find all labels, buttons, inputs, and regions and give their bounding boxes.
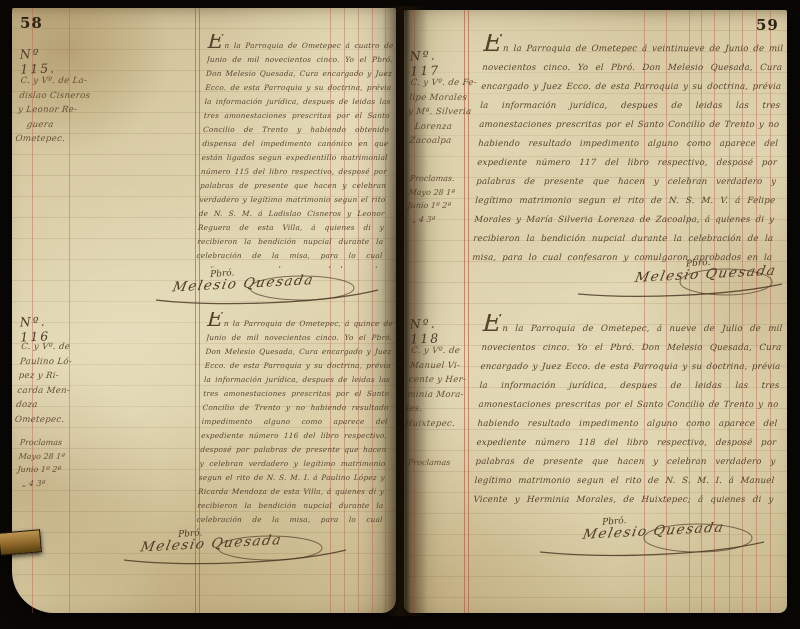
margin-line: carda Men-	[17, 384, 190, 399]
signature-name: Melesio Quesada	[634, 262, 789, 286]
proclamas-line: „ 4 3ª	[22, 477, 187, 491]
margin-line: Paulino Ló-	[19, 355, 192, 370]
entry-number: Nº. 117	[409, 47, 440, 78]
margin-line: y Leonor Re-	[17, 103, 190, 118]
margin-line: Manuel Vi-	[409, 359, 490, 374]
left-page: 58 Nº 115. C. y Vº. de La- dislao Cisner…	[12, 8, 396, 613]
priest-signature: Pbró. Melesio Quesada	[576, 256, 786, 302]
entry-body-text: En la Parroquia de Ometepec, á nueve de …	[473, 314, 783, 514]
priest-signature: Pbró. Melesio Quesada	[120, 524, 350, 570]
margin-line: dislao Cisneros	[19, 89, 192, 104]
right-page: 59 Nº. 117 C. y Vº. de Fe- lipe Morales …	[404, 10, 787, 613]
entry-number: Nº 115.	[19, 45, 56, 76]
wooden-bookmark	[0, 529, 42, 555]
margin-line: les.	[405, 402, 486, 417]
margin-line: C. y Vº. de La-	[20, 74, 193, 89]
margin-line: C. y Vº. de	[21, 340, 194, 355]
margin-line: Ometepec.	[14, 413, 187, 428]
margin-line: Ometepec.	[15, 132, 188, 147]
margin-line: C. y Vº. de Fe-	[410, 76, 491, 91]
entry-number: Nº. 118	[409, 315, 440, 346]
margin-line: doza	[15, 398, 188, 413]
margin-line: Huixtepec.	[404, 417, 485, 432]
entry-body-text: En la Parroquia de Ometepec, á quince de…	[196, 312, 393, 524]
proclamas-line: Mayo 28 1ª	[18, 450, 189, 464]
entry-body-text: En la Parroquia de Ometepec á cuatro de …	[196, 34, 394, 268]
book-photo: 58 Nº 115. C. y Vº. de La- dislao Cisner…	[0, 0, 800, 629]
margin-line: C. y Vº. de	[411, 344, 492, 359]
proclamas-line: Junio 1º 2ª	[17, 463, 188, 477]
page-number-58: 58	[20, 14, 43, 32]
proclamas-note: Proclamas Mayo 28 1ª Junio 1º 2ª „ 4 3ª	[16, 436, 191, 490]
priest-signature: Pbró. Melesio Quesada	[538, 512, 768, 562]
proclamas-line: Proclamas	[19, 436, 190, 450]
margin-note: C. y Vº. de La- dislao Cisneros y Leonor…	[15, 74, 193, 147]
margin-line: cente y Her-	[408, 373, 489, 388]
margin-line: Zacoalpa	[409, 134, 486, 149]
margin-line: minia Mora-	[407, 388, 488, 403]
margin-line: Lorenza	[414, 120, 487, 135]
entry-body-text: En la Parroquia de Ometepec á veintinuev…	[472, 34, 784, 262]
page-number-59: 59	[756, 16, 779, 34]
priest-signature: Pbró. Melesio Quesada	[152, 264, 382, 310]
margin-line: pez y Ri-	[18, 369, 191, 384]
margin-line: y Mª. Silveria	[407, 105, 488, 120]
margin-note: C. y Vº. de Paulino Ló- pez y Ri- carda …	[14, 340, 194, 427]
margin-line: lipe Morales	[409, 91, 490, 106]
margin-line: guera	[26, 118, 189, 133]
